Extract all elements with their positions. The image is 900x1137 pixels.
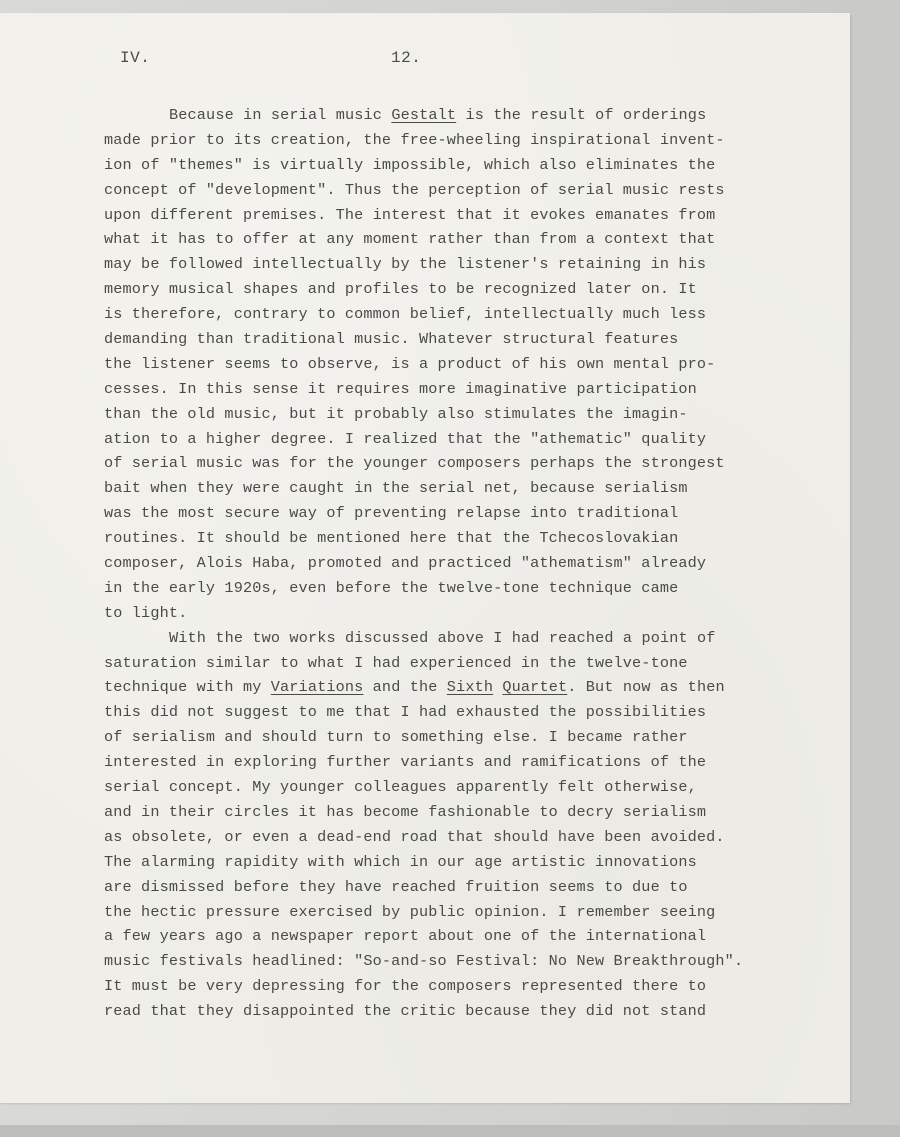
underlined-title: Sixth	[447, 678, 493, 696]
underlined-title: Gestalt	[391, 106, 456, 124]
text-run: upon different premises. The interest th…	[104, 206, 715, 224]
text-run: in the early 1920s, even before the twel…	[104, 579, 678, 597]
text-line: interested in exploring further variants…	[104, 750, 804, 775]
section-label: IV.	[120, 49, 150, 67]
text-line: With the two works discussed above I had…	[104, 626, 804, 651]
text-run: a few years ago a newspaper report about…	[104, 927, 706, 945]
text-run: of serial music was for the younger comp…	[104, 454, 725, 472]
text-run: of serialism and should turn to somethin…	[104, 728, 688, 746]
text-line: saturation similar to what I had experie…	[104, 651, 804, 676]
text-run: are dismissed before they have reached f…	[104, 878, 688, 896]
text-line: concept of "development". Thus the perce…	[104, 178, 804, 203]
text-line: serial concept. My younger colleagues ap…	[104, 775, 804, 800]
text-run: memory musical shapes and profiles to be…	[104, 280, 697, 298]
paragraph: With the two works discussed above I had…	[104, 626, 804, 1024]
text-run: saturation similar to what I had experie…	[104, 654, 688, 672]
text-run: ion of "themes" is virtually impossible,…	[104, 156, 715, 174]
text-run: technique with my	[104, 678, 271, 696]
text-run: concept of "development". Thus the perce…	[104, 181, 725, 199]
text-line: to light.	[104, 601, 804, 626]
text-line: than the old music, but it probably also…	[104, 402, 804, 427]
text-run: than the old music, but it probably also…	[104, 405, 688, 423]
paragraph: Because in serial music Gestalt is the r…	[104, 103, 804, 626]
text-run: The alarming rapidity with which in our …	[104, 853, 697, 871]
text-line: was the most secure way of preventing re…	[104, 501, 804, 526]
typewritten-page: IV. 12. Because in serial music Gestalt …	[0, 13, 850, 1103]
text-run: demanding than traditional music. Whatev…	[104, 330, 678, 348]
text-run: may be followed intellectually by the li…	[104, 255, 706, 273]
text-line: memory musical shapes and profiles to be…	[104, 277, 804, 302]
text-line: read that they disappointed the critic b…	[104, 999, 804, 1024]
text-run: this did not suggest to me that I had ex…	[104, 703, 706, 721]
text-run: made prior to its creation, the free-whe…	[104, 131, 725, 149]
text-run: as obsolete, or even a dead-end road tha…	[104, 828, 725, 846]
text-line: composer, Alois Haba, promoted and pract…	[104, 551, 804, 576]
text-run: and the	[363, 678, 446, 696]
text-line: The alarming rapidity with which in our …	[104, 850, 804, 875]
text-run	[493, 678, 502, 696]
text-run: serial concept. My younger colleagues ap…	[104, 778, 697, 796]
text-run: is therefore, contrary to common belief,…	[104, 305, 706, 323]
text-run: was the most secure way of preventing re…	[104, 504, 678, 522]
text-run: read that they disappointed the critic b…	[104, 1002, 706, 1020]
text-line: may be followed intellectually by the li…	[104, 252, 804, 277]
text-line: are dismissed before they have reached f…	[104, 875, 804, 900]
text-run: ation to a higher degree. I realized tha…	[104, 430, 706, 448]
underlined-title: Quartet	[502, 678, 567, 696]
text-run: the hectic pressure exercised by public …	[104, 903, 715, 921]
page-number: 12.	[391, 49, 421, 67]
text-line: the listener seems to observe, is a prod…	[104, 352, 804, 377]
text-run: bait when they were caught in the serial…	[104, 479, 688, 497]
text-line: of serial music was for the younger comp…	[104, 451, 804, 476]
text-line: in the early 1920s, even before the twel…	[104, 576, 804, 601]
text-run: cesses. In this sense it requires more i…	[104, 380, 697, 398]
scanner-edge	[0, 1125, 900, 1137]
text-line: and in their circles it has become fashi…	[104, 800, 804, 825]
text-line: bait when they were caught in the serial…	[104, 476, 804, 501]
text-line: the hectic pressure exercised by public …	[104, 900, 804, 925]
text-line: of serialism and should turn to somethin…	[104, 725, 804, 750]
body-text: Because in serial music Gestalt is the r…	[104, 103, 804, 1024]
text-line: as obsolete, or even a dead-end road tha…	[104, 825, 804, 850]
text-line: is therefore, contrary to common belief,…	[104, 302, 804, 327]
text-line: music festivals headlined: "So-and-so Fe…	[104, 949, 804, 974]
text-line: It must be very depressing for the compo…	[104, 974, 804, 999]
text-run: what it has to offer at any moment rathe…	[104, 230, 715, 248]
text-line: Because in serial music Gestalt is the r…	[104, 103, 804, 128]
text-line: made prior to its creation, the free-whe…	[104, 128, 804, 153]
text-run: composer, Alois Haba, promoted and pract…	[104, 554, 706, 572]
text-line: ion of "themes" is virtually impossible,…	[104, 153, 804, 178]
text-line: technique with my Variations and the Six…	[104, 675, 804, 700]
underlined-title: Variations	[271, 678, 364, 696]
text-run: to light.	[104, 604, 187, 622]
text-line: cesses. In this sense it requires more i…	[104, 377, 804, 402]
text-line: upon different premises. The interest th…	[104, 203, 804, 228]
text-run: interested in exploring further variants…	[104, 753, 706, 771]
text-run: the listener seems to observe, is a prod…	[104, 355, 715, 373]
text-run: . But now as then	[567, 678, 725, 696]
text-run: is the result of orderings	[456, 106, 706, 124]
text-line: a few years ago a newspaper report about…	[104, 924, 804, 949]
text-line: this did not suggest to me that I had ex…	[104, 700, 804, 725]
text-line: ation to a higher degree. I realized tha…	[104, 427, 804, 452]
text-line: routines. It should be mentioned here th…	[104, 526, 804, 551]
text-run: and in their circles it has become fashi…	[104, 803, 706, 821]
text-line: what it has to offer at any moment rathe…	[104, 227, 804, 252]
text-line: demanding than traditional music. Whatev…	[104, 327, 804, 352]
text-run: It must be very depressing for the compo…	[104, 977, 706, 995]
text-run: With the two works discussed above I had…	[169, 629, 716, 647]
text-run: music festivals headlined: "So-and-so Fe…	[104, 952, 743, 970]
text-run: Because in serial music	[169, 106, 391, 124]
text-run: routines. It should be mentioned here th…	[104, 529, 678, 547]
